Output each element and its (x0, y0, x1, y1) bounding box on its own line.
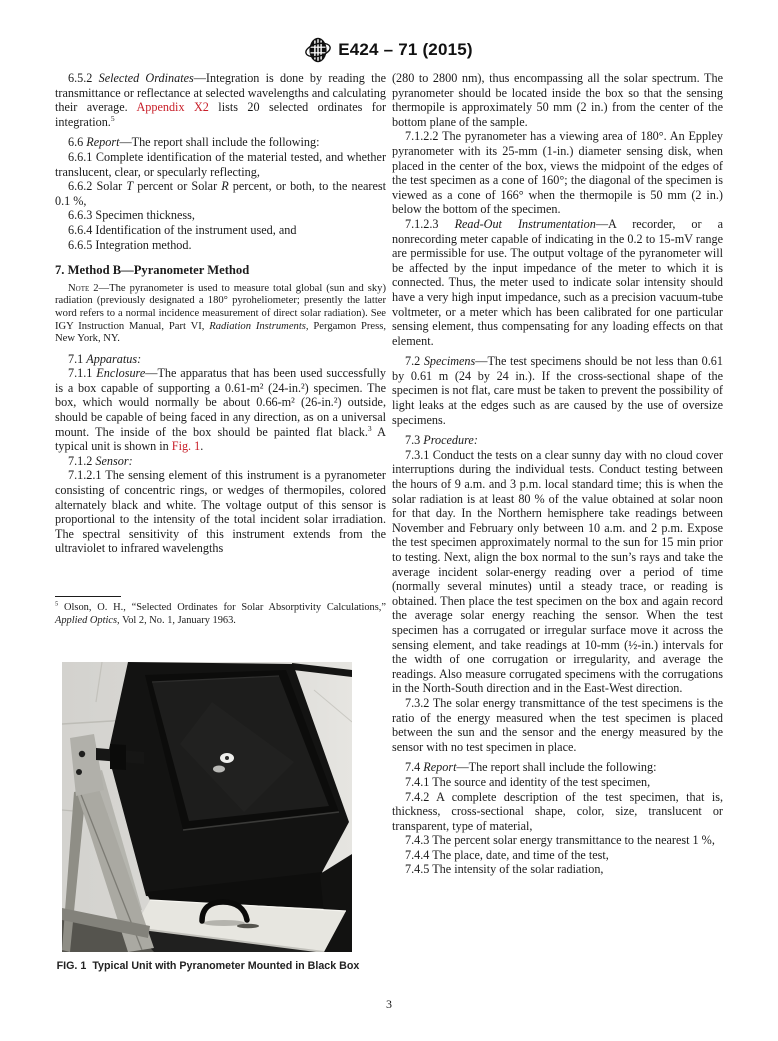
pyranometer-box-photo (62, 662, 352, 952)
text-run: Report (86, 135, 119, 149)
text-run: 7.4.1 The source and identity of the tes… (405, 775, 650, 789)
text-run: 7.1.2.2 The pyranometer has a viewing ar… (392, 129, 723, 216)
text-run: 7.4 (405, 760, 423, 774)
paragraph: 6.6 Report—The report shall include the … (55, 135, 386, 150)
left-column: 6.5.2 Selected Ordinates—Integration is … (55, 71, 386, 556)
paragraph: 7.1.2 Sensor: (55, 454, 386, 469)
paragraph: 6.6.4 Identification of the instrument u… (55, 223, 386, 238)
paragraph: 6.6.3 Specimen thickness, (55, 208, 386, 223)
right-column: (280 to 2800 nm), thus encompassing all … (392, 71, 723, 877)
figure-label: FIG. 1 (57, 960, 87, 972)
text-run: 6.6.1 Complete identification of the mat… (55, 150, 386, 179)
text-run: R (221, 179, 228, 193)
text-run: —The report shall include the following: (119, 135, 319, 149)
text-run: Note 2— (68, 283, 109, 294)
text-run: 7.4.5 The intensity of the solar radiati… (405, 862, 603, 876)
paragraph: 7.4.1 The source and identity of the tes… (392, 775, 723, 790)
text-run: 7.1 (68, 352, 86, 366)
text-run: 7.1.2 (68, 454, 95, 468)
paragraph: 7.4.2 A complete description of the test… (392, 790, 723, 834)
page-number: 3 (0, 997, 778, 1012)
text-run: 7.3 (405, 433, 423, 447)
link-fig-1[interactable]: Fig. 1 (172, 439, 200, 453)
paragraph: 7.3 Procedure: (392, 433, 723, 448)
text-run: 6.6.4 Identification of the instrument u… (68, 223, 296, 237)
paragraph: (280 to 2800 nm), thus encompassing all … (392, 71, 723, 129)
text-run: 7.1.1 (68, 366, 96, 380)
paragraph: 6.6.2 Solar T percent or Solar R percent… (55, 179, 386, 208)
text-run: Read-Out Instrumentation (455, 217, 596, 231)
astm-logo-icon (305, 36, 331, 64)
text-run: Radiation Instruments, (209, 321, 308, 332)
document-page: E424 – 71 (2015) 6.5.2 Selected Ordinate… (0, 0, 778, 1041)
paragraph: 7.1.2.2 The pyranometer has a viewing ar… (392, 129, 723, 217)
text-run: . (200, 439, 203, 453)
text-run: Applied Optics, (55, 615, 120, 626)
text-run: 7.4.3 The percent solar energy transmitt… (405, 833, 715, 847)
text-run: percent or Solar (133, 179, 221, 193)
paragraph: 7.1.2.3 Read-Out Instrumentation—A recor… (392, 217, 723, 348)
section-heading: 7. Method B—Pyranometer Method (55, 263, 386, 278)
text-run: 6.5.2 (68, 71, 99, 85)
text-run: 7.3.2 The solar energy transmittance of … (392, 696, 723, 754)
paragraph: 5 Olson, O. H., “Selected Ordinates for … (55, 602, 386, 627)
text-run: 7. Method B—Pyranometer Method (55, 263, 249, 277)
paragraph: 6.6.5 Integration method. (55, 238, 386, 253)
standard-designation: E424 – 71 (2015) (338, 40, 473, 60)
paragraph: 7.1 Apparatus: (55, 352, 386, 367)
text-run: Selected Ordinates (99, 71, 194, 85)
text-run: 7.1.2.1 The sensing element of this inst… (55, 468, 386, 555)
text-run: (280 to 2800 nm), thus encompassing all … (392, 71, 723, 129)
text-run: Sensor: (95, 454, 132, 468)
paragraph: 7.3.2 The solar energy transmittance of … (392, 696, 723, 754)
paragraph: 6.5.2 Selected Ordinates—Integration is … (55, 71, 386, 129)
footnote: 5 Olson, O. H., “Selected Ordinates for … (55, 602, 386, 627)
text-run: Specimens (424, 354, 475, 368)
paragraph: 7.2 Specimens—The test specimens should … (392, 354, 723, 427)
figure-caption-text: Typical Unit with Pyranometer Mounted in… (92, 960, 359, 972)
paragraph: 7.1.2.1 The sensing element of this inst… (55, 468, 386, 556)
text-run: 7.4.4 The place, date, and time of the t… (405, 848, 609, 862)
text-run: Procedure: (423, 433, 478, 447)
paragraph: 7.4.3 The percent solar energy transmitt… (392, 833, 723, 848)
text-run: Apparatus: (86, 352, 141, 366)
text-run: 5 (111, 114, 115, 123)
footnote-separator (55, 596, 121, 597)
figure-caption: FIG. 1Typical Unit with Pyranometer Moun… (42, 960, 374, 973)
text-run: 6.6 (68, 135, 86, 149)
paragraph: 7.3.1 Conduct the tests on a clear sunny… (392, 448, 723, 696)
text-run: 6.6.3 Specimen thickness, (68, 208, 195, 222)
paragraph: 7.4.5 The intensity of the solar radiati… (392, 862, 723, 877)
text-run: —The report shall include the following: (456, 760, 656, 774)
text-run: —A recorder, or a nonrecording meter cap… (392, 217, 723, 348)
text-run: Enclosure (96, 366, 145, 380)
text-run: 7.4.2 A complete description of the test… (392, 790, 723, 833)
text-run: 6.6.5 Integration method. (68, 238, 192, 252)
page-header: E424 – 71 (2015) (0, 36, 778, 64)
text-run: 7.3.1 Conduct the tests on a clear sunny… (392, 448, 723, 696)
link-appendix-x2[interactable]: Appendix X2 (136, 100, 208, 114)
paragraph: 6.6.1 Complete identification of the mat… (55, 150, 386, 179)
text-run: Olson, O. H., “Selected Ordinates for So… (58, 602, 386, 613)
paragraph: 7.4 Report—The report shall include the … (392, 760, 723, 775)
paragraph: 7.4.4 The place, date, and time of the t… (392, 848, 723, 863)
text-run: 7.2 (405, 354, 424, 368)
text-run: Vol 2, No. 1, January 1963. (120, 615, 236, 626)
text-run: 6.6.2 Solar (68, 179, 126, 193)
paragraph: 7.1.1 Enclosure—The apparatus that has b… (55, 366, 386, 454)
paragraph: Note 2—The pyranometer is used to measur… (55, 283, 386, 346)
text-run: 7.1.2.3 (405, 217, 455, 231)
text-run: Report (423, 760, 456, 774)
figure-1-photo (62, 662, 352, 952)
